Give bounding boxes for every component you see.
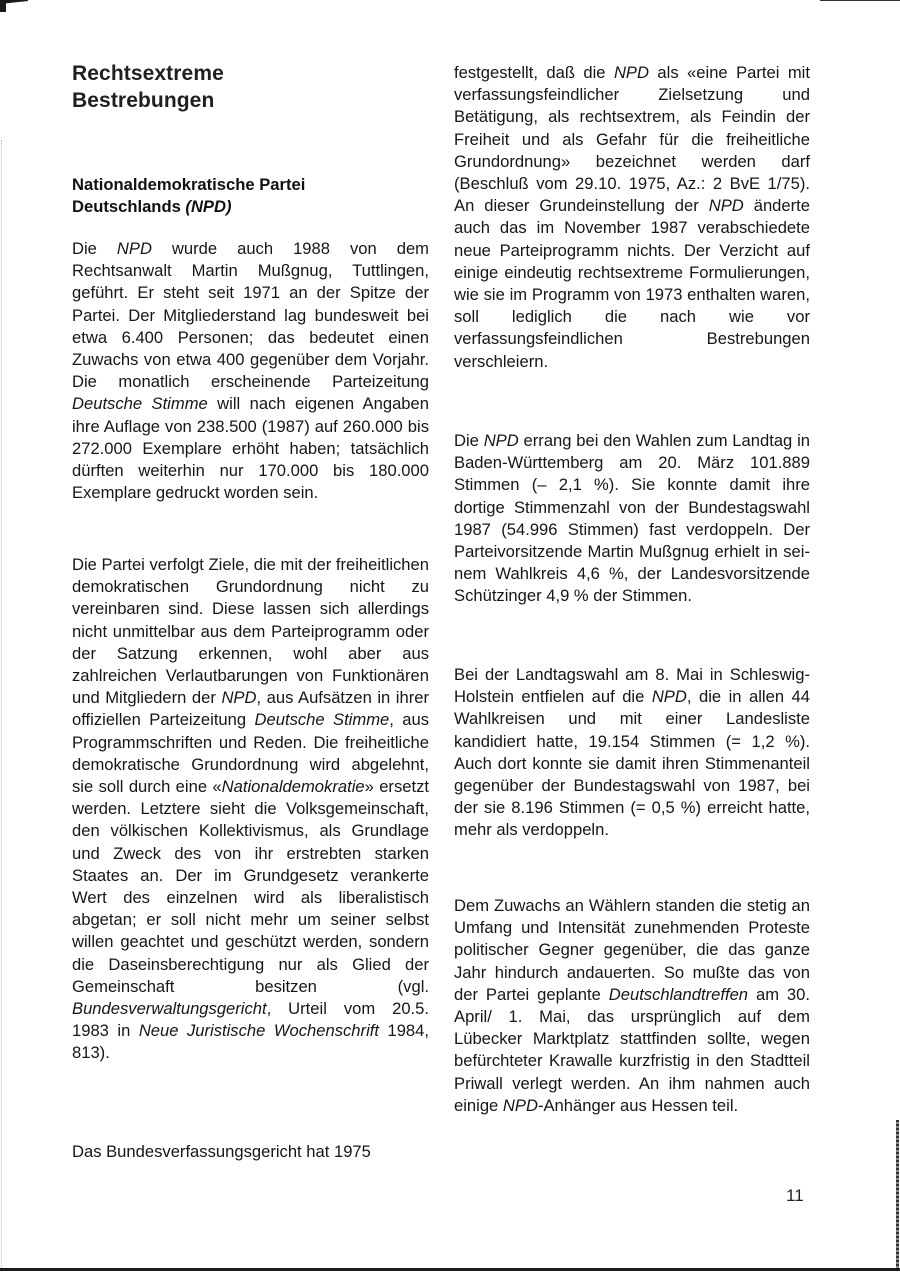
subsection-title: Nationaldemokratische Partei Deutschland… bbox=[72, 174, 412, 218]
text-italic: Neue Juristische Wochenschrift bbox=[139, 1021, 379, 1040]
subsection-title-line-1: Nationaldemokratische Partei bbox=[72, 174, 412, 196]
section-title-line-2: Bestrebungen bbox=[72, 87, 412, 114]
text-span: änderte auch das im No­vember 1987 verab… bbox=[454, 196, 810, 370]
text-italic: Bundesverwaltungsgericht bbox=[72, 999, 267, 1018]
section-title: Rechtsextreme Bestrebungen bbox=[72, 60, 412, 114]
right-paragraph-4: Dem Zuwachs an Wählern standen die steti… bbox=[454, 895, 810, 1117]
right-paragraph-2: Die NPD errang bei den Wahlen zum Landta… bbox=[454, 430, 810, 608]
text-italic: Deutsche Stimme bbox=[255, 710, 390, 729]
text-span: festgestellt, daß die bbox=[454, 63, 614, 82]
left-paragraph-2: Die Partei verfolgt Ziele, die mit der f… bbox=[72, 554, 429, 1065]
text-italic: NPD bbox=[484, 431, 519, 450]
subsection-title-abbreviation: (NPD) bbox=[185, 197, 231, 216]
text-span: » ersetzt werden. Letztere sieht die Vol… bbox=[72, 777, 429, 996]
text-span: Das Bundesverfassungsgericht hat 1975 bbox=[72, 1142, 371, 1161]
page-number: 11 bbox=[786, 1186, 804, 1206]
text-span: wurde auch 1988 von dem Rechtsanwalt Mar… bbox=[72, 239, 429, 391]
text-italic: NPD bbox=[652, 687, 687, 706]
scan-artifact-top-left-corner bbox=[0, 2, 6, 12]
subsection-title-prefix: Deutschlands bbox=[72, 197, 185, 216]
text-span: Die Partei verfolgt Ziele, die mit der f… bbox=[72, 555, 429, 707]
text-span: Die bbox=[454, 431, 484, 450]
text-span: -Anhänger aus Hessen teil. bbox=[538, 1096, 738, 1115]
text-span: , die in allen 44 Wahlkreisen und mit ei… bbox=[454, 687, 810, 839]
text-italic: NPD bbox=[117, 239, 152, 258]
left-paragraph-3: Das Bundesverfassungsgericht hat 1975 bbox=[72, 1141, 429, 1163]
text-span: als «eine Partei mit verfassungsfeindlic… bbox=[454, 63, 810, 215]
page-left-edge bbox=[1, 140, 3, 1270]
right-paragraph-3: Bei der Landtagswahl am 8. Mai in Schles… bbox=[454, 664, 810, 842]
subsection-title-line-2: Deutschlands (NPD) bbox=[72, 196, 412, 218]
right-paragraph-1: festgestellt, daß die NPD als «eine Part… bbox=[454, 62, 810, 373]
text-italic: Natio­naldemokratie bbox=[222, 777, 365, 796]
text-span: errang bei den Wahlen zum Landtag in Bad… bbox=[454, 431, 810, 605]
left-paragraph-1: Die NPD wurde auch 1988 von dem Rechtsan… bbox=[72, 238, 429, 504]
text-italic: NPD bbox=[709, 196, 744, 215]
text-italic: NPD bbox=[614, 63, 649, 82]
text-italic: Deutsche Stimme bbox=[72, 394, 208, 413]
page-bottom-edge bbox=[0, 1268, 900, 1271]
section-title-line-1: Rechtsextreme bbox=[72, 60, 412, 87]
text-span: Die bbox=[72, 239, 117, 258]
page-right-edge bbox=[896, 1120, 899, 1270]
text-italic: NPD bbox=[221, 688, 256, 707]
text-italic: Deutschlandtreffen bbox=[609, 985, 748, 1004]
scan-artifact-top-right bbox=[820, 0, 900, 1]
text-italic: NPD bbox=[503, 1096, 538, 1115]
